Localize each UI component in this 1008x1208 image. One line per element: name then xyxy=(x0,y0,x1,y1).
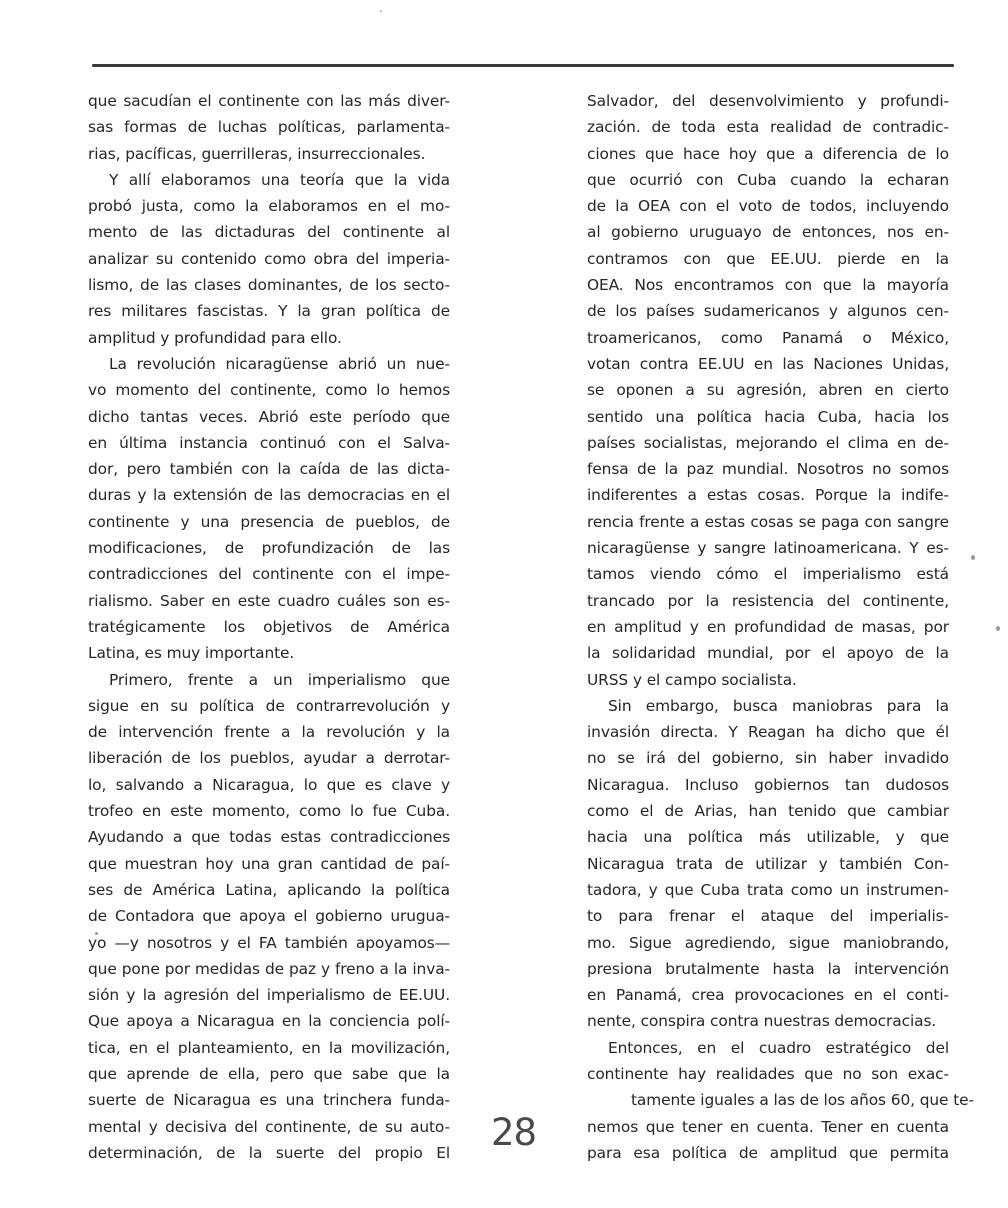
text-line: trancado por la resistencia del continen… xyxy=(587,588,949,614)
text-line: que sacudían el continente con las más d… xyxy=(88,88,450,114)
text-line: nemos que tener en cuenta. Tener en cuen… xyxy=(587,1114,949,1140)
text-line: Nicaragua. Incluso gobiernos tan dudosos xyxy=(587,772,949,798)
text-line: de la OEA con el voto de todos, incluyen… xyxy=(587,193,949,219)
text-line: Sin embargo, busca maniobras para la xyxy=(587,693,949,719)
text-line: lismo, de las clases dominantes, de los … xyxy=(88,272,450,298)
scan-speck xyxy=(996,626,1000,631)
text-line: países socialistas, mejorando el clima e… xyxy=(587,430,949,456)
text-line: res militares fascistas. Y la gran polít… xyxy=(88,298,450,324)
scan-speck xyxy=(95,932,98,935)
left-text-column: que sacudían el continente con las más d… xyxy=(88,88,450,1166)
text-line: Primero, frente a un imperialismo que xyxy=(88,667,450,693)
text-line: tadora, y que Cuba trata como un instrum… xyxy=(587,877,949,903)
text-line: rencia frente a estas cosas se paga con … xyxy=(587,509,949,535)
text-line: hacia una política más utilizable, y que xyxy=(587,824,949,850)
text-line: rialismo. Saber en este cuadro cuáles so… xyxy=(88,588,450,614)
text-line: Salvador, del desenvolvimiento y profund… xyxy=(587,88,949,114)
text-line: nicaragüense y sangre latinoamericana. Y… xyxy=(587,535,949,561)
text-line: Nicaragua trata de utilizar y también Co… xyxy=(587,851,949,877)
text-line: duras y la extensión de las democracias … xyxy=(88,482,450,508)
text-line: que ocurrió con Cuba cuando la echaran xyxy=(587,167,949,193)
text-line: yo —y nosotros y el FA también apoyamos— xyxy=(88,930,450,956)
page-number: 28 xyxy=(491,1113,536,1153)
text-line: trofeo en este momento, como lo fue Cuba… xyxy=(88,798,450,824)
text-line: suerte de Nicaragua es una trinchera fun… xyxy=(88,1087,450,1113)
text-line: rias, pacíficas, guerrilleras, insurrecc… xyxy=(88,141,450,167)
text-line: dor, pero también con la caída de las di… xyxy=(88,456,450,482)
text-line: probó justa, como la elaboramos en el mo… xyxy=(88,193,450,219)
text-line: presiona brutalmente hasta la intervenci… xyxy=(587,956,949,982)
text-line: tamos viendo cómo el imperialismo está xyxy=(587,561,949,587)
text-line: URSS y el campo socialista. xyxy=(587,667,949,693)
text-line: que pone por medidas de paz y freno a la… xyxy=(88,956,450,982)
text-line: analizar su contenido como obra del impe… xyxy=(88,246,450,272)
text-line: La revolución nicaragüense abrió un nue- xyxy=(88,351,450,377)
text-line: tratégicamente los objetivos de América xyxy=(88,614,450,640)
text-line: continente y una presencia de pueblos, d… xyxy=(88,509,450,535)
text-line: invasión directa. Y Reagan ha dicho que … xyxy=(587,719,949,745)
text-line: to para frenar el ataque del imperialis- xyxy=(587,903,949,929)
text-line: vo momento del continente, como lo hemos xyxy=(88,377,450,403)
text-line: no se irá del gobierno, sin haber invadi… xyxy=(587,745,949,771)
text-line: continente hay realidades que no son exa… xyxy=(587,1061,949,1087)
text-line: se oponen a su agresión, abren en cierto xyxy=(587,377,949,403)
text-line: troamericanos, como Panamá o México, xyxy=(587,325,949,351)
text-line: zación. de toda esta realidad de contrad… xyxy=(587,114,949,140)
text-line: tica, en el planteamiento, en la moviliz… xyxy=(88,1035,450,1061)
text-line: en Panamá, crea provocaciones en el cont… xyxy=(587,982,949,1008)
text-line: de los países sudamericanos y algunos ce… xyxy=(587,298,949,324)
text-line: mental y decisiva del continente, de su … xyxy=(88,1114,450,1140)
text-line: fensa de la paz mundial. Nosotros no som… xyxy=(587,456,949,482)
text-line: al gobierno uruguayo de entonces, nos en… xyxy=(587,219,949,245)
text-line: mento de las dictaduras del continente a… xyxy=(88,219,450,245)
text-line: indiferentes a estas cosas. Porque la in… xyxy=(587,482,949,508)
text-line: que aprende de ella, pero que sabe que l… xyxy=(88,1061,450,1087)
text-line: Latina, es muy importante. xyxy=(88,640,450,666)
text-line: la solidaridad mundial, por el apoyo de … xyxy=(587,640,949,666)
text-line: Y allí elaboramos una teoría que la vida xyxy=(88,167,450,193)
text-line: en última instancia continuó con el Salv… xyxy=(88,430,450,456)
text-line: OEA. Nos encontramos con que la mayoría xyxy=(587,272,949,298)
text-line: mo. Sigue agrediendo, sigue maniobrando, xyxy=(587,930,949,956)
text-line: lo, salvando a Nicaragua, lo que es clav… xyxy=(88,772,450,798)
text-line: liberación de los pueblos, ayudar a derr… xyxy=(88,745,450,771)
text-line: de intervención frente a la revolución y… xyxy=(88,719,450,745)
text-line: contramos con que EE.UU. pierde en la xyxy=(587,246,949,272)
text-line: sigue en su política de contrarrevolució… xyxy=(88,693,450,719)
text-line: sas formas de luchas políticas, parlamen… xyxy=(88,114,450,140)
text-line: Entonces, en el cuadro estratégico del xyxy=(587,1035,949,1061)
text-line: de Contadora que apoya el gobierno urugu… xyxy=(88,903,450,929)
scan-speck xyxy=(971,555,975,560)
text-line: determinación, de la suerte del propio E… xyxy=(88,1140,450,1166)
text-line: para esa política de amplitud que permit… xyxy=(587,1140,949,1166)
text-line: dicho tantas veces. Abrió este período q… xyxy=(88,404,450,430)
text-line: ses de América Latina, aplicando la polí… xyxy=(88,877,450,903)
text-line: como el de Arias, han tenido que cambiar xyxy=(587,798,949,824)
text-line: sión y la agresión del imperialismo de E… xyxy=(88,982,450,1008)
text-line: nente, conspira contra nuestras democrac… xyxy=(587,1008,949,1034)
text-line: que muestran hoy una gran cantidad de pa… xyxy=(88,851,450,877)
text-line: tamente iguales a las de los años 60, qu… xyxy=(587,1087,949,1113)
text-line: sentido una política hacia Cuba, hacia l… xyxy=(587,404,949,430)
text-line: ciones que hace hoy que a diferencia de … xyxy=(587,141,949,167)
text-line: Que apoya a Nicaragua en la conciencia p… xyxy=(88,1008,450,1034)
top-rule-divider xyxy=(92,64,954,67)
text-line: Ayudando a que todas estas contradiccion… xyxy=(88,824,450,850)
text-line: votan contra EE.UU en las Naciones Unida… xyxy=(587,351,949,377)
scan-speck xyxy=(380,10,382,12)
text-line: contradicciones del continente con el im… xyxy=(88,561,450,587)
text-line: modificaciones, de profundización de las xyxy=(88,535,450,561)
right-text-column: Salvador, del desenvolvimiento y profund… xyxy=(587,88,949,1166)
text-line: amplitud y profundidad para ello. xyxy=(88,325,450,351)
text-line: en amplitud y en profundidad de masas, p… xyxy=(587,614,949,640)
